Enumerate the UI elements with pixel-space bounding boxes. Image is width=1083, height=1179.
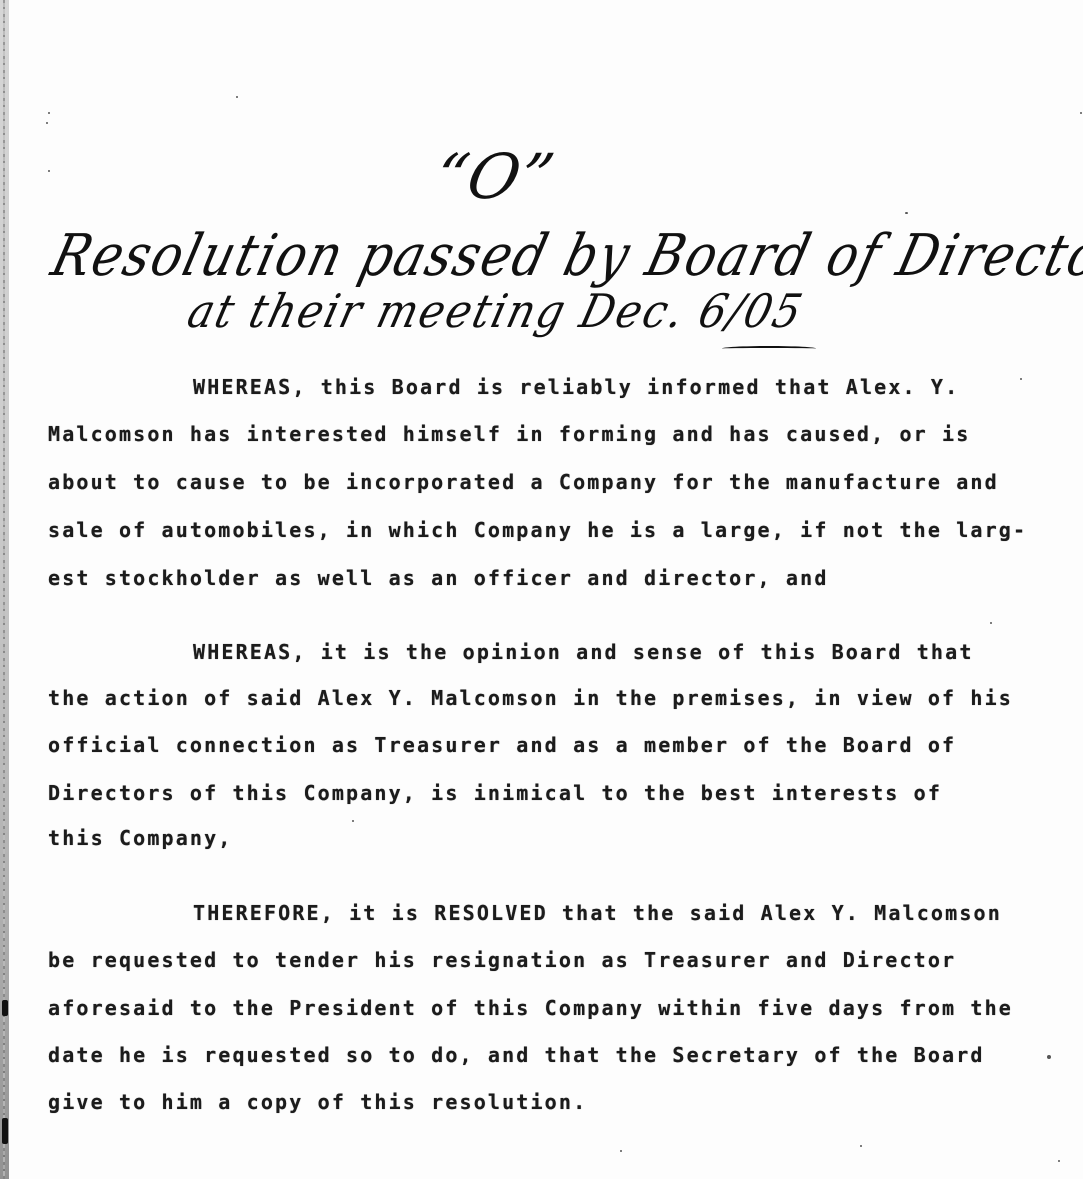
scan-speck bbox=[1080, 112, 1082, 114]
scan-speck bbox=[860, 1145, 862, 1147]
typed-line: aforesaid to the President of this Compa… bbox=[48, 996, 1013, 1020]
typed-line: Malcomson has interested himself in form… bbox=[48, 422, 970, 446]
typed-line: about to cause to be incorporated a Comp… bbox=[48, 470, 999, 494]
document-page: “O” Resolution passed by Board of Direct… bbox=[0, 0, 1083, 1179]
typed-line: date he is requested so to do, and that … bbox=[48, 1043, 985, 1067]
scan-speck bbox=[48, 170, 50, 172]
scan-speck bbox=[620, 1150, 622, 1152]
scan-speck bbox=[352, 820, 354, 822]
typed-line: WHEREAS, this Board is reliably informed… bbox=[193, 375, 959, 399]
typed-line: Directors of this Company, is inimical t… bbox=[48, 781, 942, 805]
typed-line: est stockholder as well as an officer an… bbox=[48, 566, 829, 590]
typed-line: sale of automobiles, in which Company he… bbox=[48, 518, 1027, 542]
date-underline bbox=[722, 346, 816, 351]
binding-mark bbox=[2, 1118, 8, 1144]
typed-line: official connection as Treasurer and as … bbox=[48, 733, 956, 757]
scan-speck bbox=[48, 112, 50, 114]
handwritten-heading-line-1: Resolution passed by Board of Directors bbox=[45, 222, 1083, 289]
exhibit-mark: “O” bbox=[428, 140, 561, 213]
scan-speck bbox=[1058, 1160, 1060, 1162]
typed-line: be requested to tender his resignation a… bbox=[48, 948, 956, 972]
scan-speck bbox=[236, 96, 238, 98]
scan-speck bbox=[1047, 1055, 1051, 1059]
binding-mark bbox=[2, 1000, 8, 1016]
typed-line: WHEREAS, it is the opinion and sense of … bbox=[193, 640, 974, 664]
scan-speck bbox=[905, 212, 908, 214]
scan-speck bbox=[990, 622, 992, 624]
scan-speck bbox=[46, 122, 48, 124]
typed-line: the action of said Alex Y. Malcomson in … bbox=[48, 686, 1013, 710]
scan-speck bbox=[1020, 378, 1022, 380]
typed-line: this Company, bbox=[48, 826, 232, 850]
typed-line: give to him a copy of this resolution. bbox=[48, 1090, 587, 1114]
handwritten-heading-line-2: at their meeting Dec. 6/05 bbox=[183, 284, 810, 338]
typed-line: THEREFORE, it is RESOLVED that the said … bbox=[193, 901, 1002, 925]
